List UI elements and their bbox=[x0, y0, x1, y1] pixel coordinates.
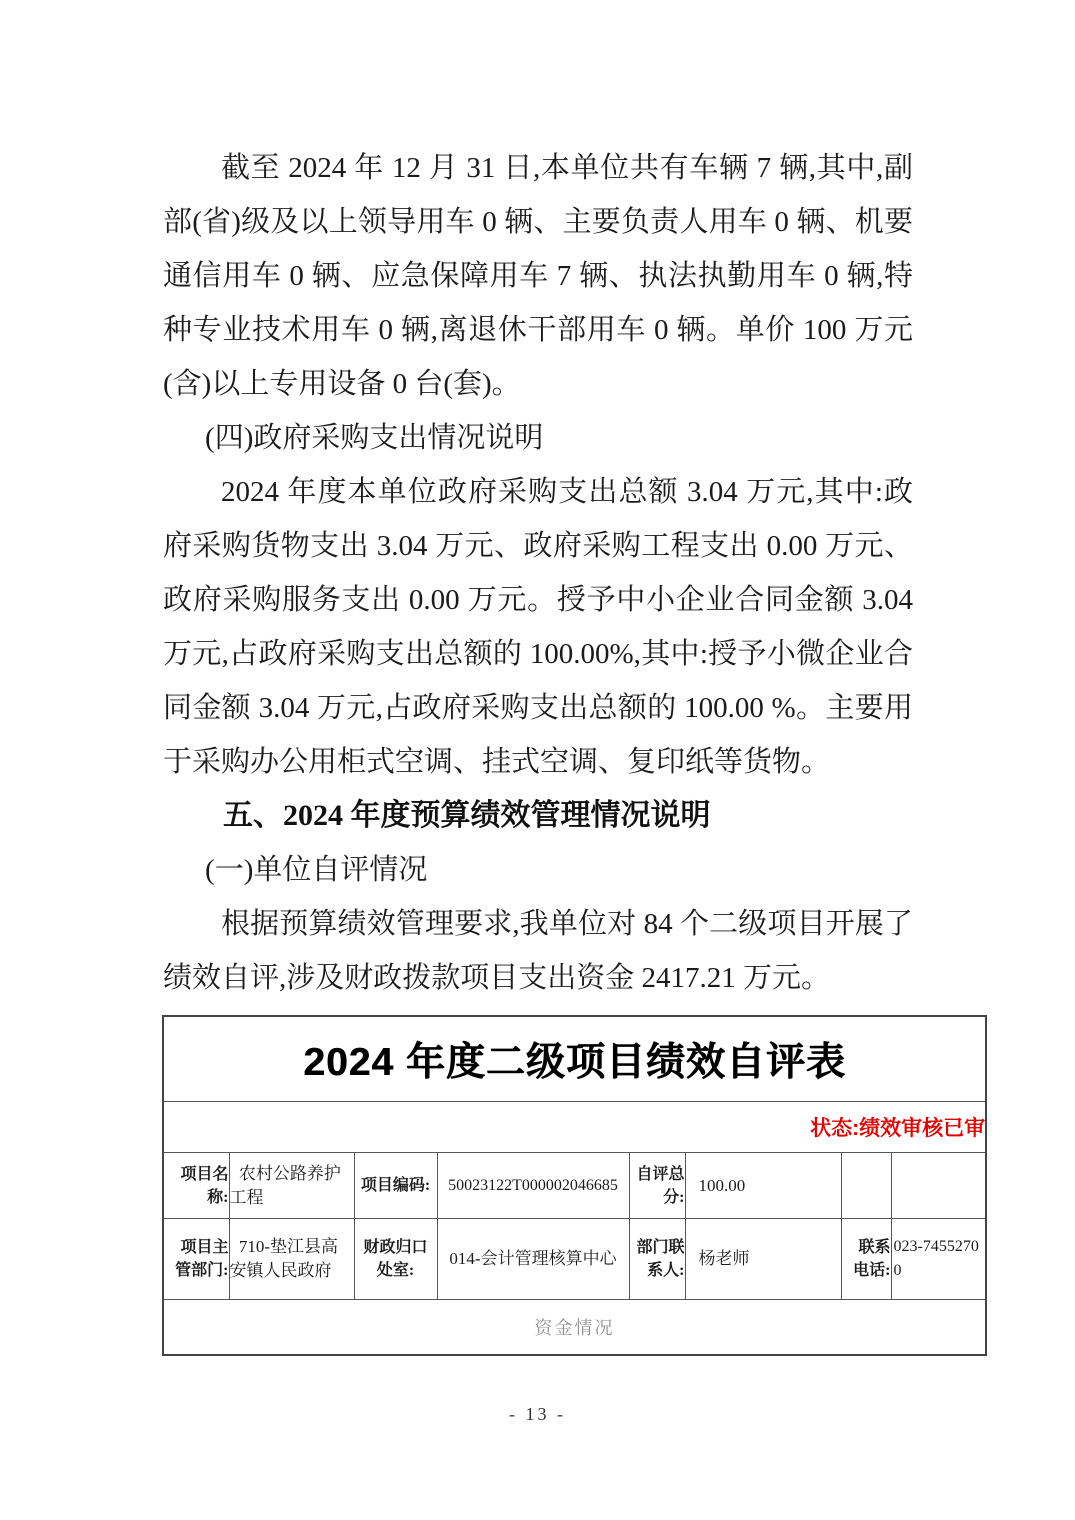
paragraph-vehicles: 截至 2024 年 12 月 31 日,本单位共有车辆 7 辆,其中,副部(省)… bbox=[163, 141, 913, 411]
subheading-procurement: (四)政府采购支出情况说明 bbox=[163, 411, 913, 465]
subheading-self-evaluation: (一)单位自评情况 bbox=[163, 843, 913, 897]
status-text: 状态:绩效审核已审 bbox=[163, 1102, 986, 1153]
cell-empty-2 bbox=[891, 1153, 986, 1219]
document-page: 截至 2024 年 12 月 31 日,本单位共有车辆 7 辆,其中,副部(省)… bbox=[0, 0, 1075, 1520]
cell-self-score-value: 100.00 bbox=[685, 1153, 841, 1219]
heading-performance-management: 五、2024 年度预算绩效管理情况说明 bbox=[163, 789, 913, 843]
table-title: 2024 年度二级项目绩效自评表 bbox=[163, 1016, 986, 1102]
paragraph-procurement: 2024 年度本单位政府采购支出总额 3.04 万元,其中:政府采购货物支出 3… bbox=[163, 465, 913, 789]
cell-finance-office-label: 财政归口 处室: bbox=[354, 1219, 437, 1300]
cell-self-score-label: 自评总 分: bbox=[629, 1153, 685, 1219]
performance-self-evaluation-table: 2024 年度二级项目绩效自评表 状态:绩效审核已审 项目名 称: 农村公路养护… bbox=[162, 1015, 987, 1356]
cell-finance-office-value: 014-会计管理核算中心 bbox=[437, 1219, 629, 1300]
cell-contact-person-label: 部门联 系人: bbox=[629, 1219, 685, 1300]
cell-project-code-label: 项目编码: bbox=[354, 1153, 437, 1219]
cell-contact-person-value: 杨老师 bbox=[685, 1219, 841, 1300]
cell-phone-label: 联系 电话: bbox=[841, 1219, 891, 1300]
paragraph-self-evaluation: 根据预算绩效管理要求,我单位对 84 个二级项目开展了绩效自评,涉及财政拨款项目… bbox=[163, 897, 913, 1005]
cell-empty-1 bbox=[841, 1153, 891, 1219]
cell-project-name-label: 项目名 称: bbox=[163, 1153, 229, 1219]
cell-phone-value: 023-7455270 0 bbox=[891, 1219, 986, 1300]
funding-section-label: 资金情况 bbox=[163, 1300, 986, 1356]
cell-project-code-value: 50023122T000002046685 bbox=[437, 1153, 629, 1219]
cell-competent-department-value: 710-垫江县高 安镇人民政府 bbox=[229, 1219, 354, 1300]
page-number: - 13 - bbox=[0, 1404, 1075, 1425]
cell-project-name-value: 农村公路养护 工程 bbox=[229, 1153, 354, 1219]
document-body: 截至 2024 年 12 月 31 日,本单位共有车辆 7 辆,其中,副部(省)… bbox=[163, 141, 913, 1005]
cell-competent-department-label: 项目主 管部门: bbox=[163, 1219, 229, 1300]
